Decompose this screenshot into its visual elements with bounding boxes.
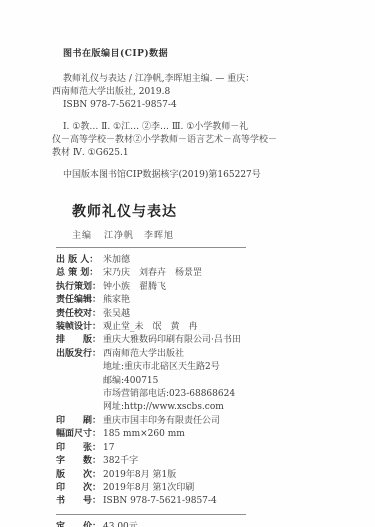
copyright-page: 图书在版编目(CIP)数据 教师礼仪与表达 / 江净帆,李晖旭主编. — 重庆：… [0,0,375,527]
publishing-row: 排 版：重庆大雅数码印刷有限公司·吕书田 [56,334,345,347]
isbn-row: 书 号：ISBN 978-7-5621-9857-4 [56,495,345,508]
publisher-postcode-row: 邮编:400715 [56,375,345,388]
classification-line: Ⅰ. ①教… Ⅱ. ①江… ②李… Ⅲ. ①小学教师－礼 [63,121,345,134]
editors-names: 江净帆 李晖旭 [104,231,174,241]
cip-line: 教师礼仪与表达 / 江净帆,李晖旭主编. — 重庆： [63,73,345,86]
price-section: 定 价：43.00元 [56,521,345,527]
price-label: 定 价： [56,521,103,527]
title-block: 教师礼仪与表达 主编江净帆 李晖旭 [72,201,345,241]
publisher-website: 网址:http://www.xscbs.com [103,402,224,412]
credit-row: 执行策划：钟小族 翟腾飞 [56,281,345,294]
marketing-phone: 市场营销部电话:023-68868624 [103,389,235,399]
spacer [52,112,345,121]
publisher-address: 地址:重庆市北碚区天生路2号 [103,362,220,372]
classification-line: 教材 Ⅳ. ①G625.1 [52,147,345,160]
edition: 2019年8月 第1版 [103,470,176,480]
credit-label: 印 张： [56,442,103,455]
printing-row: 印 次：2019年8月 第1次印刷 [56,482,345,495]
marketing-phone-row: 市场营销部电话:023-68868624 [56,388,345,401]
credit-label: 责任编辑： [56,294,103,307]
book-title: 教师礼仪与表达 [72,201,345,221]
credits-list: 出 版 人：米加德 总 策 划：宋乃庆 刘春卉 杨景罡 执行策划：钟小族 翟腾飞… [56,254,345,509]
sheets-row: 印 张：17 [56,442,345,455]
cip-record: 中国版本图书馆CIP数据核字(2019)第165227号 [63,169,345,182]
credit-label: 印 刷： [56,415,103,428]
credit-label: 幅面尺寸： [56,428,103,441]
credit-value: 观止堂_未 氓 黄 冉 [103,322,198,332]
cip-isbn-line: ISBN 978-7-5621-9857-4 [63,99,345,112]
credit-label: 执行策划： [56,281,103,294]
credit-row: 责任校对：张吴越 [56,308,345,321]
printing: 2019年8月 第1次印刷 [103,483,194,493]
credit-label: 书 号： [56,495,103,508]
credit-value: 西南师范大学出版社 [103,349,184,359]
credit-label: 装帧设计： [56,321,103,334]
credit-value: 重庆大雅数码印刷有限公司·吕书田 [103,335,241,345]
credit-label: 印 次： [56,482,103,495]
credit-label: 字 数： [56,455,103,468]
credit-value: 熊家艳 [103,295,130,305]
sheets-count: 17 [103,443,114,453]
publisher-address-row: 地址:重庆市北碚区天生路2号 [56,361,345,374]
price-row: 定 价：43.00元 [56,521,345,527]
publisher-postcode: 邮编:400715 [103,376,158,386]
credit-label: 责任校对： [56,308,103,321]
divider-bottom [56,514,246,515]
price-value: 43.00元 [103,522,138,527]
credit-value: 宋乃庆 刘春卉 杨景罡 [103,268,202,278]
trim-size: 185 mm×260 mm [103,429,185,439]
credit-row: 装帧设计：观止堂_未 氓 黄 冉 [56,321,345,334]
classification-line: 仪－高等学校－教材②小学教师－语言艺术－高等学校－ [52,134,345,147]
isbn: ISBN 978-7-5621-9857-4 [103,496,217,506]
word-count-row: 字 数：382千字 [56,455,345,468]
credit-row: 总 策 划：宋乃庆 刘春卉 杨景罡 [56,267,345,280]
credit-label: 总 策 划： [56,267,103,280]
credit-label: 出版发行： [56,348,103,361]
credit-label: 版 次： [56,469,103,482]
credit-value: 重庆市国丰印务有限责任公司 [103,416,220,426]
credit-value: 钟小族 翟腾飞 [103,282,166,292]
credit-label: 排 版： [56,334,103,347]
credit-row: 出 版 人：米加德 [56,254,345,267]
cip-heading: 图书在版编目(CIP)数据 [63,46,345,59]
publisher-website-row: 网址:http://www.xscbs.com [56,401,345,414]
editors-label: 主编 [72,231,92,241]
editors-line: 主编江净帆 李晖旭 [72,228,345,241]
credit-row: 责任编辑：熊家艳 [56,294,345,307]
edition-row: 版 次：2019年8月 第1版 [56,469,345,482]
trim-size-row: 幅面尺寸：185 mm×260 mm [56,428,345,441]
word-count: 382千字 [103,456,138,466]
credit-label: 出 版 人： [56,254,103,267]
cip-line: 西南师范大学出版社, 2019.8 [52,86,345,99]
credit-value: 张吴越 [103,309,130,319]
printer-row: 印 刷：重庆市国丰印务有限责任公司 [56,415,345,428]
publishing-row: 出版发行：西南师范大学出版社 [56,348,345,361]
credit-value: 米加德 [103,255,130,265]
divider-top [56,247,246,248]
